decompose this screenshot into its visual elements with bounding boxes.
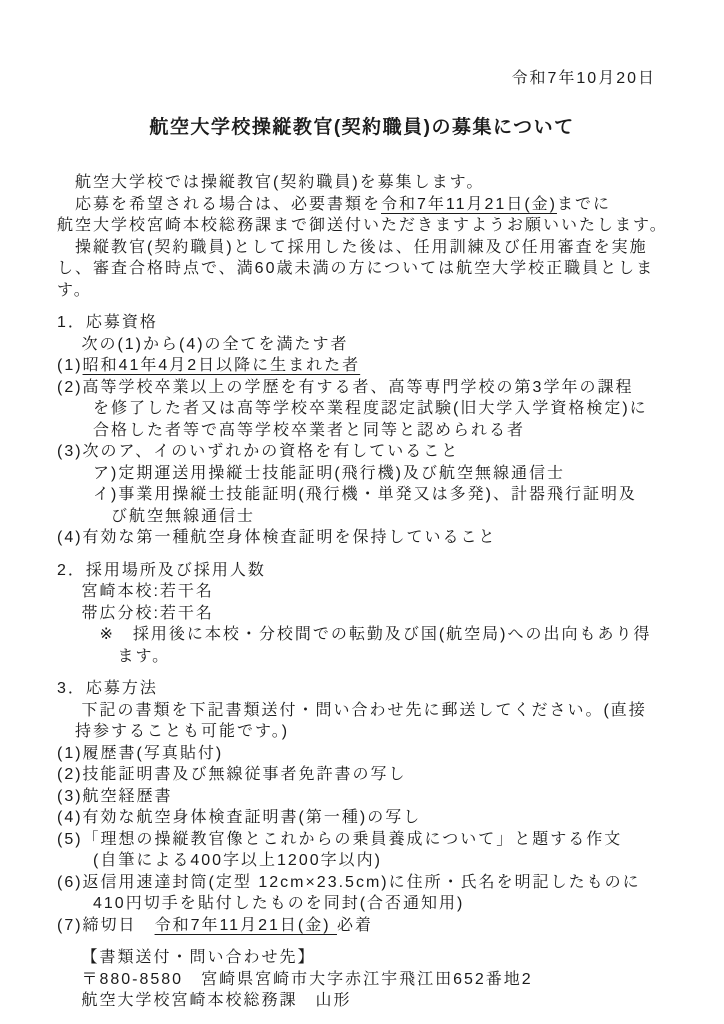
- underlined-text: 昭和41年4月2日以降に生まれた者: [83, 357, 361, 374]
- section-1-item: び航空無線通信士: [57, 506, 684, 528]
- section-3-item: (7)締切日 令和7年11月21日(金) 必着: [57, 915, 684, 937]
- section-2-line: 帯広分校:若干名: [57, 603, 684, 625]
- text-segment: (3)航空経歴書: [57, 788, 173, 805]
- paragraph-spacer: [57, 549, 684, 560]
- underlined-text: 令和7年11月21日(金): [155, 917, 337, 934]
- text-segment: 持参することも可能です。): [57, 723, 289, 740]
- text-segment: (1): [57, 357, 83, 374]
- text-segment: (4)有効な航空身体検査証明書(第一種)の写し: [57, 809, 421, 826]
- section-3-item: (6)返信用速達封筒(定型 12cm×23.5cm)に住所・氏名を明記したものに: [57, 872, 684, 894]
- text-segment: 航空大学校宮崎本校総務課まで御送付いただきますようお願いいたします。: [57, 217, 668, 234]
- text-segment: (自筆による400字以上1200字以内): [57, 852, 382, 869]
- text-segment: (2)高等学校卒業以上の学歴を有する者、高等専門学校の第3学年の課程: [57, 379, 633, 396]
- section-3-item: (4)有効な航空身体検査証明書(第一種)の写し: [57, 807, 684, 829]
- document-page: 令和7年10月20日 航空大学校操縦教官(契約職員)の募集について 航空大学校で…: [0, 0, 724, 1024]
- section-1-line: 次の(1)から(4)の全てを満たす者: [57, 334, 684, 356]
- text-segment: 必着: [337, 917, 373, 934]
- text-segment: を修了した者又は高等学校卒業程度認定試験(旧大学入学資格検定)に: [57, 400, 648, 417]
- contact-department: 航空大学校宮崎本校総務課 山形: [57, 990, 684, 1012]
- text-segment: (6)返信用速達封筒(定型 12cm×23.5cm)に住所・氏名を明記したものに: [57, 874, 641, 891]
- text-segment: ア)定期運送用操縦士技能証明(飛行機)及び航空無線通信士: [57, 465, 565, 482]
- section-1-item: ア)定期運送用操縦士技能証明(飛行機)及び航空無線通信士: [57, 463, 684, 485]
- document-body: 航空大学校では操縦教官(契約職員)を募集します。 応募を希望される場合は、必要書…: [57, 172, 684, 1012]
- intro-line: 操縦教官(契約職員)として採用した後は、任用訓練及び任用審査を実施: [57, 237, 684, 259]
- text-segment: (3)次のア、イのいずれかの資格を有していること: [57, 443, 459, 460]
- section-3-line: 持参することも可能です。): [57, 721, 684, 743]
- section-3-item: (2)技能証明書及び無線従事者免許書の写し: [57, 764, 684, 786]
- section-1-item: (1)昭和41年4月2日以降に生まれた者: [57, 355, 684, 377]
- text-segment: 2．採用場所及び採用人数: [57, 562, 266, 579]
- underlined-text: 令和7年11月21日(金): [381, 196, 557, 213]
- section-1-item: (4)有効な第一種航空身体検査証明を保持していること: [57, 527, 684, 549]
- text-segment: 3．応募方法: [57, 680, 158, 697]
- text-segment: び航空無線通信士: [57, 508, 255, 525]
- text-segment: までに: [557, 196, 611, 213]
- text-segment: 合格した者等で高等学校卒業者と同等と認められる者: [57, 422, 525, 439]
- section-1-item: を修了した者又は高等学校卒業程度認定試験(旧大学入学資格検定)に: [57, 398, 684, 420]
- text-segment: 航空大学校宮崎本校総務課 山形: [57, 992, 351, 1009]
- text-segment: 次の(1)から(4)の全てを満たす者: [57, 336, 349, 353]
- section-1-item: (3)次のア、イのいずれかの資格を有していること: [57, 441, 684, 463]
- text-segment: イ)事業用操縦士技能証明(飛行機・単発又は多発)、計器飛行証明及: [57, 486, 637, 503]
- text-segment: 〒880-8580 宮崎県宮崎市大字赤江宇飛江田652番地2: [57, 971, 533, 988]
- contact-address: 〒880-8580 宮崎県宮崎市大字赤江宇飛江田652番地2: [57, 969, 684, 991]
- intro-line: 航空大学校宮崎本校総務課まで御送付いただきますようお願いいたします。: [57, 215, 684, 237]
- section-2-heading: 2．採用場所及び採用人数: [57, 560, 684, 582]
- paragraph-spacer: [57, 301, 684, 312]
- text-segment: す。: [57, 282, 92, 299]
- text-segment: (7)締切日: [57, 917, 155, 934]
- text-segment: 航空大学校では操縦教官(契約職員)を募集します。: [57, 174, 484, 191]
- intro-line: 応募を希望される場合は、必要書類を令和7年11月21日(金)までに: [57, 194, 684, 216]
- intro-line: 航空大学校では操縦教官(契約職員)を募集します。: [57, 172, 684, 194]
- contact-heading: 【書類送付・問い合わせ先】: [57, 947, 684, 969]
- paragraph-spacer: [57, 667, 684, 678]
- section-2-line: 宮崎本校:若干名: [57, 581, 684, 603]
- text-segment: ます。: [57, 648, 170, 665]
- text-segment: ※ 採用後に本校・分校間での転勤及び国(航空局)への出向もあり得: [57, 626, 652, 643]
- section-1-item: イ)事業用操縦士技能証明(飛行機・単発又は多発)、計器飛行証明及: [57, 484, 684, 506]
- text-segment: 帯広分校:若干名: [57, 605, 214, 622]
- section-1-heading: 1．応募資格: [57, 312, 684, 334]
- section-3-item: (3)航空経歴書: [57, 786, 684, 808]
- section-3-line: 下記の書類を下記書類送付・問い合わせ先に郵送してください。(直接: [57, 700, 684, 722]
- section-1-item: 合格した者等で高等学校卒業者と同等と認められる者: [57, 420, 684, 442]
- text-segment: 応募を希望される場合は、必要書類を: [57, 196, 381, 213]
- text-segment: (1)履歴書(写真貼付): [57, 745, 223, 762]
- intro-line: し、審査合格時点で、満60歳未満の方については航空大学校正職員としま: [57, 258, 684, 280]
- section-3-item: (自筆による400字以上1200字以内): [57, 850, 684, 872]
- text-segment: (2)技能証明書及び無線従事者免許書の写し: [57, 766, 407, 783]
- text-segment: 宮崎本校:若干名: [57, 583, 214, 600]
- intro-line: す。: [57, 280, 684, 302]
- section-2-note: ※ 採用後に本校・分校間での転勤及び国(航空局)への出向もあり得: [57, 624, 684, 646]
- text-segment: 410円切手を貼付したものを同封(合否通知用): [57, 895, 464, 912]
- text-segment: (4)有効な第一種航空身体検査証明を保持していること: [57, 529, 497, 546]
- section-3-item: 410円切手を貼付したものを同封(合否通知用): [57, 893, 684, 915]
- section-3-item: (1)履歴書(写真貼付): [57, 743, 684, 765]
- text-segment: 操縦教官(契約職員)として採用した後は、任用訓練及び任用審査を実施: [57, 239, 648, 256]
- section-1-item: (2)高等学校卒業以上の学歴を有する者、高等専門学校の第3学年の課程: [57, 377, 684, 399]
- document-date: 令和7年10月20日: [0, 70, 724, 88]
- text-segment: し、審査合格時点で、満60歳未満の方については航空大学校正職員としま: [57, 260, 654, 277]
- paragraph-spacer: [57, 936, 684, 947]
- text-segment: (5)「理想の操縦教官像とこれからの乗員養成について」と題する作文: [57, 831, 622, 848]
- section-3-item: (5)「理想の操縦教官像とこれからの乗員養成について」と題する作文: [57, 829, 684, 851]
- section-3-heading: 3．応募方法: [57, 678, 684, 700]
- section-2-note: ます。: [57, 646, 684, 668]
- text-segment: 【書類送付・問い合わせ先】: [57, 949, 315, 966]
- text-segment: 1．応募資格: [57, 314, 158, 331]
- text-segment: 下記の書類を下記書類送付・問い合わせ先に郵送してください。(直接: [57, 702, 647, 719]
- document-title: 航空大学校操縦教官(契約職員)の募集について: [0, 116, 724, 140]
